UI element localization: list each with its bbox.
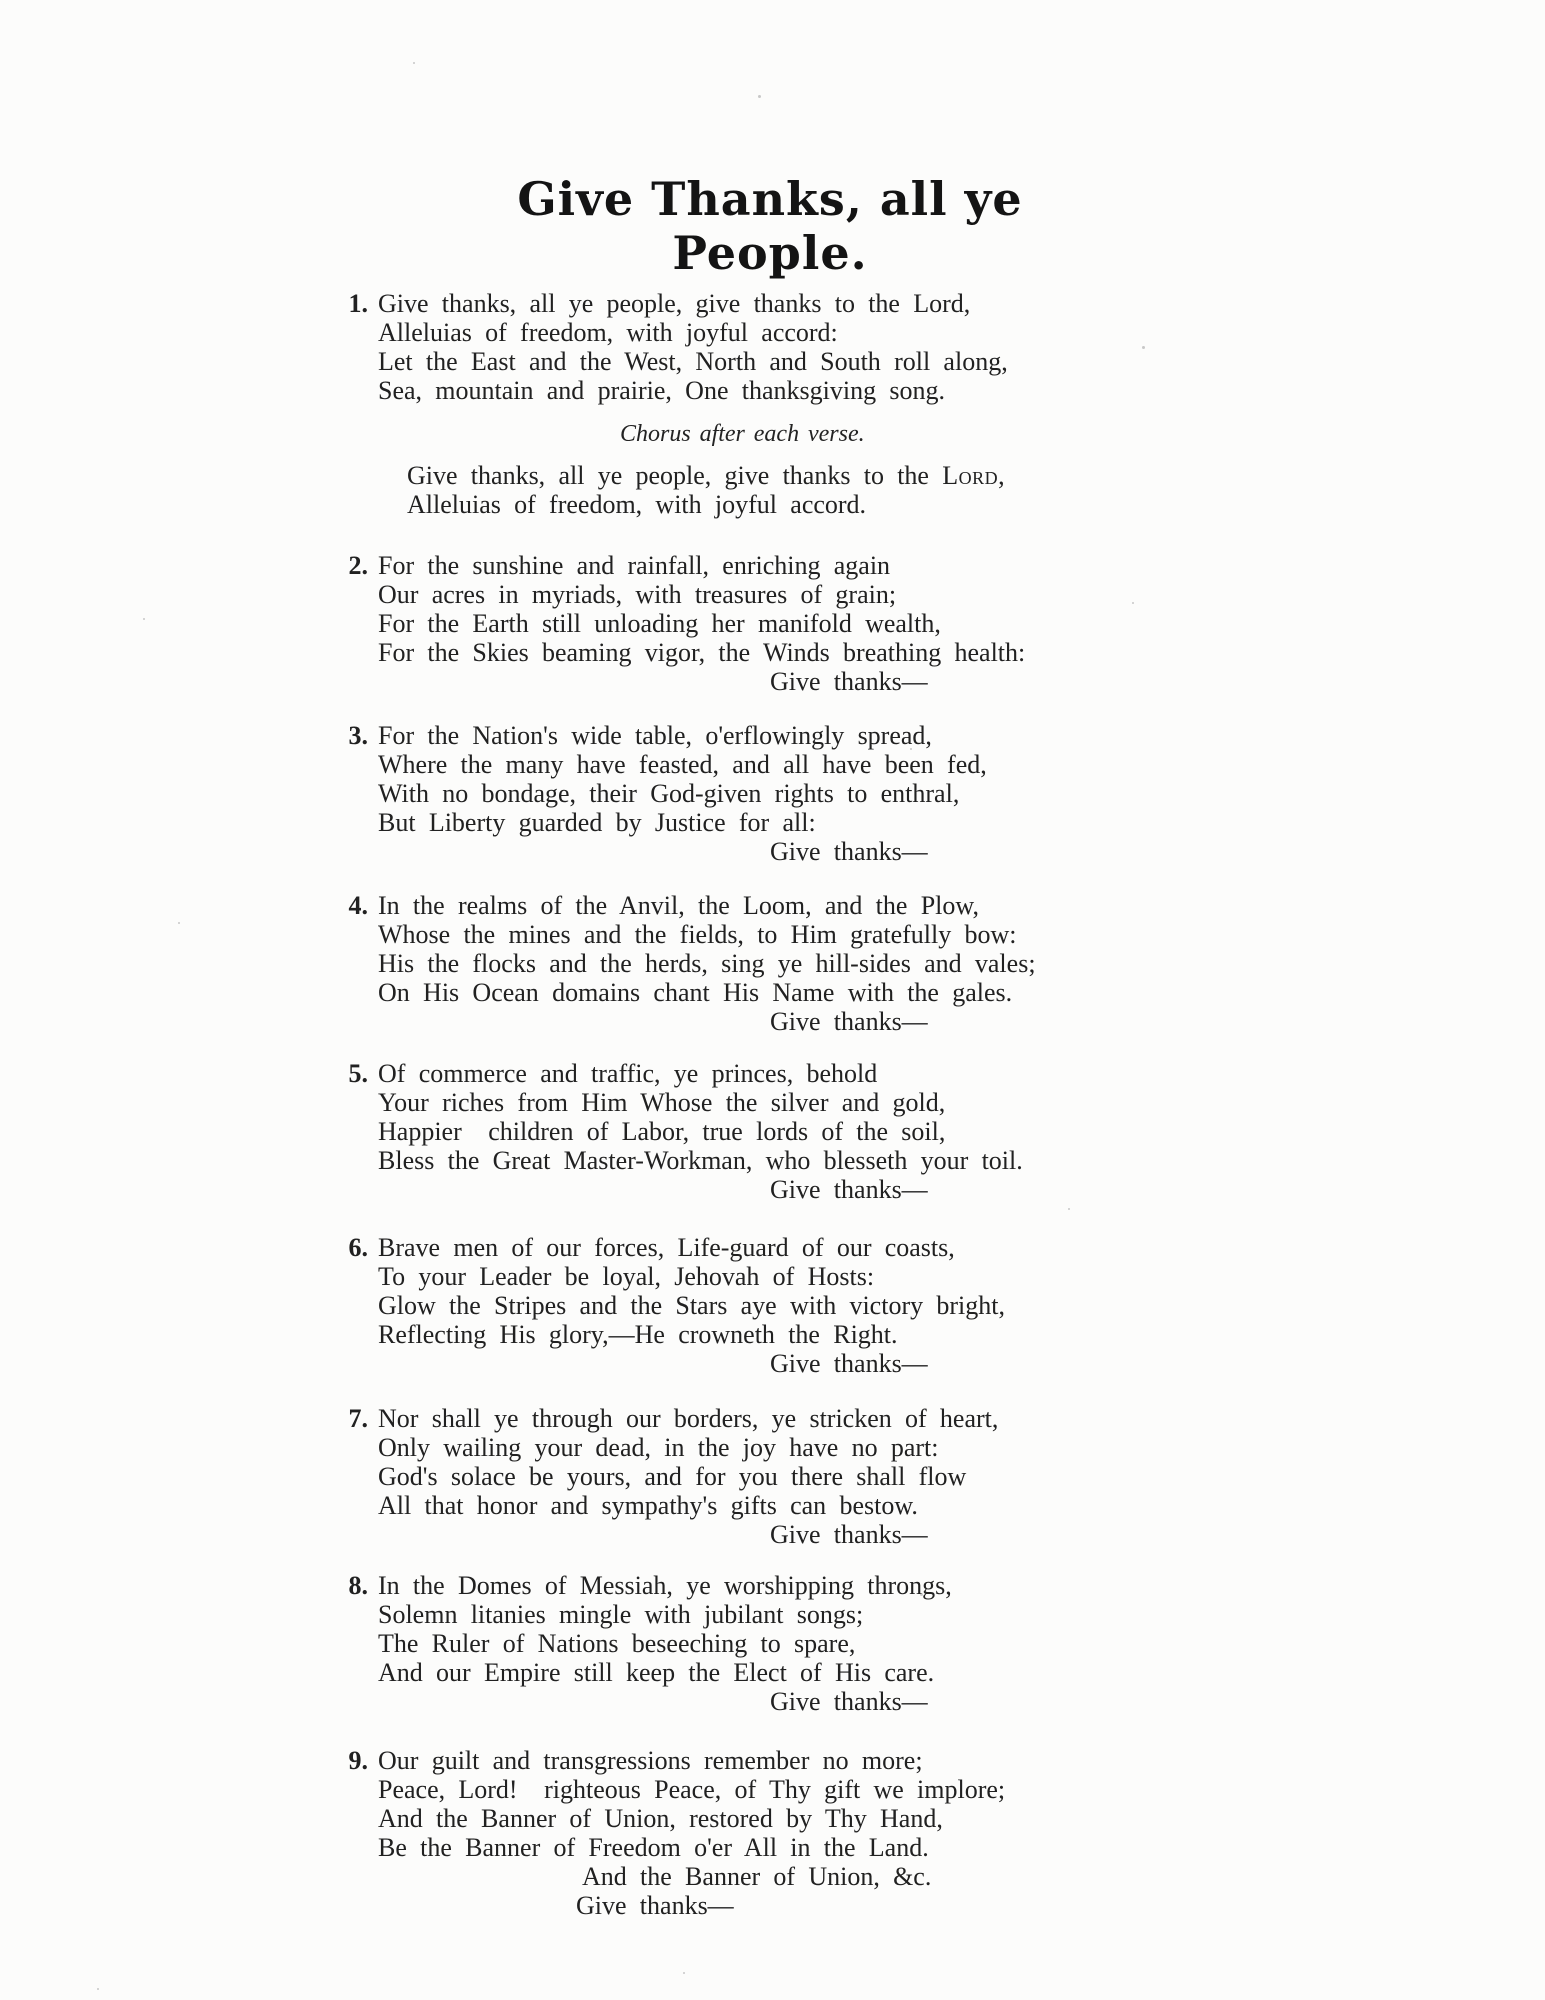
scan-speck [1142, 346, 1145, 349]
verse-line: Alleluias of freedom, with joyful accord… [378, 318, 1150, 347]
scan-speck [920, 1593, 923, 1596]
verse-1: 1. Give thanks, all ye people, give than… [338, 289, 1150, 405]
verse-line: Where the many have feasted, and all hav… [378, 750, 1150, 779]
verse-line: And our Empire still keep the Elect of H… [378, 1658, 1150, 1687]
verse-line: On His Ocean domains chant His Name with… [378, 978, 1150, 1007]
refrain-line: And the Banner of Union, &c. [378, 1862, 1150, 1891]
verse-8: 8. In the Domes of Messiah, ye worshippi… [338, 1571, 1150, 1716]
refrain-line: Give thanks— [378, 1687, 1150, 1716]
verse-line: Our acres in myriads, with treasures of … [378, 580, 1150, 609]
refrain-line: Give thanks— [378, 1175, 1150, 1204]
scan-speck [143, 618, 145, 620]
refrain-line: Give thanks— [378, 1891, 1150, 1920]
refrain-line: Give thanks— [378, 837, 1150, 866]
verse-line: Give thanks, all ye people, give thanks … [378, 289, 1150, 318]
scanned-hymn-page: Give Thanks, all ye People. 1. Give than… [0, 0, 1545, 2000]
verse-line: Peace, Lord! righteous Peace, of Thy gif… [378, 1775, 1150, 1804]
verse-line: For the sunshine and rainfall, enriching… [378, 551, 1150, 580]
verse-6: 6. Brave men of our forces, Life-guard o… [338, 1233, 1150, 1378]
verse-line: Let the East and the West, North and Sou… [378, 347, 1150, 376]
verse-number: 7. [338, 1404, 368, 1433]
verse-line: Happier children of Labor, true lords of… [378, 1117, 1150, 1146]
chorus-line-2: Alleluias of freedom, with joyful accord… [407, 490, 1005, 519]
verse-line: In the Domes of Messiah, ye worshipping … [378, 1571, 1150, 1600]
chorus-heading: Chorus after each verse. [620, 421, 865, 448]
verse-number: 4. [338, 891, 368, 920]
refrain-line: Give thanks— [378, 1520, 1150, 1549]
verse-number: 5. [338, 1059, 368, 1088]
scan-speck [178, 922, 180, 924]
verse-line: Bless the Great Master-Workman, who bles… [378, 1146, 1150, 1175]
verse-line: Brave men of our forces, Life-guard of o… [378, 1233, 1150, 1262]
scan-speck [1068, 1208, 1070, 1210]
verse-line: For the Nation's wide table, o'erflowing… [378, 721, 1150, 750]
verse-number: 1. [338, 289, 368, 318]
scan-speck [413, 62, 415, 64]
scan-speck [910, 748, 912, 750]
verse-line: Our guilt and transgressions remember no… [378, 1746, 1150, 1775]
scan-speck [683, 1972, 685, 1974]
verse-line: Reflecting His glory,—He crowneth the Ri… [378, 1320, 1150, 1349]
verse-3: 3. For the Nation's wide table, o'erflow… [338, 721, 1150, 866]
verse-number: 8. [338, 1571, 368, 1600]
verse-line: Sea, mountain and prairie, One thanksgiv… [378, 376, 1150, 405]
scan-speck [758, 95, 761, 98]
verse-line: His the flocks and the herds, sing ye hi… [378, 949, 1150, 978]
verse-line: To your Leader be loyal, Jehovah of Host… [378, 1262, 1150, 1291]
verse-line: For the Earth still unloading her manifo… [378, 609, 1150, 638]
page-title: Give Thanks, all ye People. [430, 172, 1110, 280]
verse-number: 3. [338, 721, 368, 750]
verse-line: Be the Banner of Freedom o'er All in the… [378, 1833, 1150, 1862]
verse-line: Solemn litanies mingle with jubilant son… [378, 1600, 1150, 1629]
verse-line: All that honor and sympathy's gifts can … [378, 1491, 1150, 1520]
scan-speck [1132, 602, 1134, 604]
verse-line: Of commerce and traffic, ye princes, beh… [378, 1059, 1150, 1088]
lord-smallcaps: Lord [942, 461, 998, 490]
verse-line: And the Banner of Union, restored by Thy… [378, 1804, 1150, 1833]
verse-line: In the realms of the Anvil, the Loom, an… [378, 891, 1150, 920]
verse-line: For the Skies beaming vigor, the Winds b… [378, 638, 1150, 667]
verse-line: Glow the Stripes and the Stars aye with … [378, 1291, 1150, 1320]
verse-line: With no bondage, their God-given rights … [378, 779, 1150, 808]
verse-4: 4. In the realms of the Anvil, the Loom,… [338, 891, 1150, 1036]
verse-7: 7. Nor shall ye through our borders, ye … [338, 1404, 1150, 1549]
verse-line: Only wailing your dead, in the joy have … [378, 1433, 1150, 1462]
verse-2: 2. For the sunshine and rainfall, enrich… [338, 551, 1150, 696]
refrain-line: Give thanks— [378, 1007, 1150, 1036]
verse-line: But Liberty guarded by Justice for all: [378, 808, 1150, 837]
verse-line: Your riches from Him Whose the silver an… [378, 1088, 1150, 1117]
verse-number: 2. [338, 551, 368, 580]
refrain-line: Give thanks— [378, 1349, 1150, 1378]
chorus-line-1: Give thanks, all ye people, give thanks … [407, 461, 1005, 490]
verse-number: 6. [338, 1233, 368, 1262]
verse-5: 5. Of commerce and traffic, ye princes, … [338, 1059, 1150, 1204]
verse-line: Whose the mines and the fields, to Him g… [378, 920, 1150, 949]
verse-line: The Ruler of Nations beseeching to spare… [378, 1629, 1150, 1658]
refrain-line: Give thanks— [378, 667, 1150, 696]
verse-number: 9. [338, 1746, 368, 1775]
verse-9: 9. Our guilt and transgressions remember… [338, 1746, 1150, 1920]
verse-line: Nor shall ye through our borders, ye str… [378, 1404, 1150, 1433]
scan-speck [97, 1988, 99, 1990]
chorus-block: Give thanks, all ye people, give thanks … [407, 461, 1005, 519]
verse-line: God's solace be yours, and for you there… [378, 1462, 1150, 1491]
